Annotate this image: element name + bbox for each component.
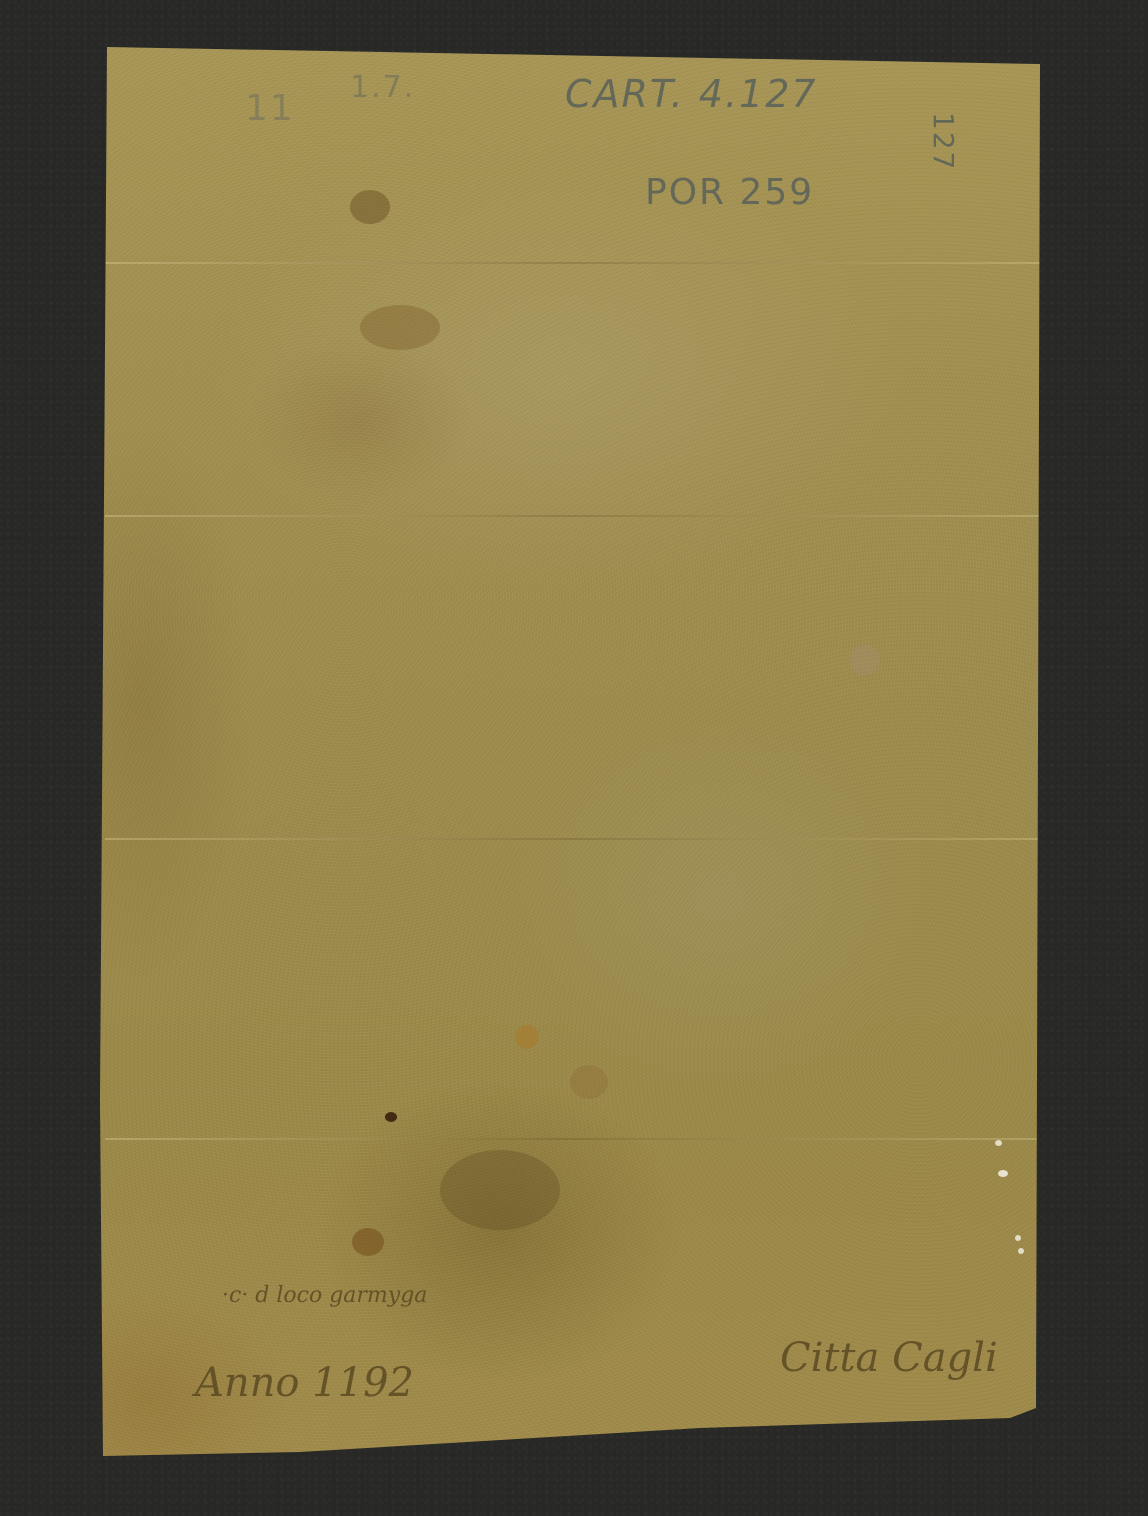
shelfmark-por: POR 259 — [645, 172, 814, 213]
fold-line — [105, 262, 1040, 264]
stain — [350, 190, 390, 224]
shelfmark-cart: CART. 4.127 — [565, 72, 818, 116]
hole — [998, 1170, 1008, 1177]
stain — [850, 645, 880, 675]
stain — [385, 1112, 397, 1122]
stain — [360, 305, 440, 350]
endorsement-place: Citta Cagli — [780, 1335, 998, 1381]
fold-line — [105, 1138, 1040, 1140]
parchment-sheet — [0, 0, 1148, 1516]
hole — [995, 1140, 1002, 1146]
fold-line — [105, 838, 1040, 840]
stain — [515, 1025, 539, 1049]
endorsement-line-1: ·c· d loco garmyga — [222, 1283, 427, 1308]
stain — [570, 1065, 608, 1099]
faint-pencil-mark: 1.7. — [350, 70, 415, 105]
corner-number: 127 — [927, 112, 960, 171]
endorsement-date: Anno 1192 — [195, 1360, 414, 1406]
hole — [1015, 1235, 1021, 1241]
stain — [352, 1228, 384, 1256]
faint-pencil-mark: 11 — [245, 88, 295, 129]
stain — [440, 1150, 560, 1230]
fold-line — [105, 515, 1040, 517]
hole — [1018, 1248, 1024, 1254]
